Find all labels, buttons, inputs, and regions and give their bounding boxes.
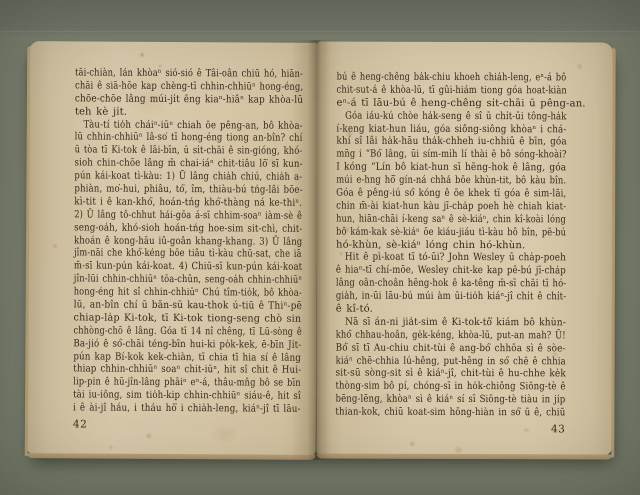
text-line: jîn-lūi chhin-chhiūⁿ tōa-chûn, seng-oa̍h… — [74, 274, 263, 288]
text-line: ê kî-tó. — [336, 304, 566, 318]
page-number-right: 43 — [335, 423, 565, 436]
text-line: lip-pin ê hū-jîn-lâng phāiⁿ eⁿ-á, thâu-m… — [73, 377, 263, 391]
text-line: bēng-lēng, khòaⁿ sì ê kiáⁿ sí sī Siōng-t… — [335, 394, 532, 408]
text-line: kiáⁿ chē-chhia lú-hêng, put-hēng in só͘ … — [336, 355, 532, 369]
text-line: ê hiaⁿ-tī chí-mōe, Wesley chit-ke kap pē… — [336, 265, 533, 279]
left-page: tāi-chiàn, lán khòaⁿ sió-sió ê Tâi-oân c… — [27, 41, 319, 456]
text-line: phiàn, mo͘-hui, phiâu, tó͘, îm, thiàu-bú… — [74, 183, 270, 197]
text-line: chhòng-chō ê lâng. Góa tī 14 nî chêng, t… — [73, 325, 260, 339]
text-line: Ba-jió ê só͘-chāi téng-bīn hui-ki po̍k-k… — [73, 338, 271, 352]
text-line: sioh chin-chōe lâng m̄ chai-iáⁿ chit-tiâ… — [74, 158, 271, 172]
text-line: chiap-la̍p Ki-tok, tī Ki-tok tiong-seng … — [74, 312, 293, 326]
text-line: hong-éng hit sî chhin-chhiūⁿ Chú tîm-tio… — [74, 287, 263, 301]
text-line: jîm-nāi che khó͘-kéng bōe tiâu tì-kàu ch… — [74, 248, 262, 262]
text-line: 2) Ū lâng tô-chhut hái-gōa á-sī chhim-so… — [74, 209, 262, 223]
text-line: tài iu-iông, sim tio̍h-kip chhin-chhiūⁿ … — [73, 390, 269, 404]
text-line: chin m̄-ài kiat-hun kàu jī-cha̍p poeh hè… — [336, 200, 533, 214]
text-line: sit-sū sòng-sit sì ê kiáⁿ-jî, chit-tùi ê… — [336, 368, 542, 382]
open-book: tāi-chiàn, lán khòaⁿ sió-sió ê Tâi-oân c… — [26, 42, 616, 466]
text-line: lâng oân-choân hēng-hok ê ka-têng m̄-sī … — [336, 278, 530, 292]
text-line: gia̍h, in-ūi lāu-bú múi àm ūi-tio̍h kiáⁿ… — [336, 291, 531, 305]
page-number-left: 42 — [73, 418, 301, 431]
text-line: tāi-chiàn, lán khòaⁿ sió-sió ê Tâi-oân c… — [75, 67, 265, 81]
text-line: seng-oa̍h, khó-sioh hoán-tńg hoe-sim sit… — [74, 222, 272, 236]
text-line: i ê ài-jî háu, i tháu hō͘ i chia̍h-leng,… — [73, 403, 273, 417]
text-line: mn̄g i “Bó͘ lâng, ūi sím-mi̍h lí thài ē … — [336, 149, 528, 163]
text-line: Góa iáu-kú chòe ha̍k-seng ê sî ū chi̍t-ū… — [336, 110, 531, 124]
text-line: eⁿ-á tī lāu-bú ê heng-chêng si̍t-chāi ū … — [336, 97, 566, 111]
text-line: Góa ê pêng-iú só͘ kóng ê ōe khek tī góa … — [336, 188, 535, 202]
text-line: Nā sī án-ni jia̍t-sim ê Ki-tok-tô͘ kiám … — [336, 316, 545, 330]
text-line: ū tòa tī Ki-tok ê lāi-bīn, ū si̍t-chāi ê… — [75, 145, 265, 159]
text-line: chit-sut-á ê khòa-lū, tī gûi-hiám tiong … — [337, 84, 529, 98]
text-line: pún kái-koat tì-kàu: 1) Ū lâng chia̍h ch… — [74, 171, 267, 185]
text-line: kì-tit i ê kan-khó͘, hoán-tńg khó͘-thàng… — [74, 196, 274, 210]
text-line: khoán ê kong-hāu iû-goân khang-khang. 3)… — [74, 235, 267, 249]
text-line: khí sî lâi ha̍k-hāu tha̍k-chheh iu-chhiû… — [336, 136, 540, 150]
text-line: Hit ê pì-koat tī tó-ūi? John Wesley ū ch… — [336, 252, 538, 266]
text-line: khó͘ chhau-hoân, ge̍k-kéng, khòa-lū, put… — [336, 329, 527, 343]
text-line: pún kap Bí-kok kek-chiàn, tī chia tī hia… — [73, 351, 272, 365]
text-line: m̄-sī kun-pún kái-koat. 4) Chiū-sī kun-p… — [74, 261, 268, 275]
right-page-text: bú ê heng-chêng ba̍k-chiu khoeh chia̍h-l… — [335, 72, 566, 421]
text-line: múi e-hng hō͘ gín-ná chhá bōe khùn-tit, … — [336, 175, 528, 189]
text-line: chāi ê siā-hōe kap chèng-tī chhin-chhiūⁿ… — [75, 80, 267, 94]
text-line: thian-kok, chiū koat-sim hōng-hiàn in só… — [335, 407, 533, 421]
text-line: hó-khùn, sè-kiáⁿ lóng chin hó-khùn. — [336, 239, 566, 253]
text-line: í-keng kiat-hun liáu, góa siông-siông kh… — [336, 123, 537, 137]
text-line: Bó͘ sī tī Au-chiu chit-tùi ê ang-bó͘ chh… — [336, 342, 539, 356]
text-line: lū chhin-chhiūⁿ lâ-so͘ tī hong-éng tiong… — [75, 132, 268, 146]
text-line: thòng-sim bô pí, chóng-sī in ho̍k-chiông… — [335, 381, 531, 395]
text-line: bú ê heng-chêng ba̍k-chiu khoeh chia̍h-l… — [337, 72, 527, 86]
text-line: Tàu-tí tio̍h cháiⁿ-iūⁿ chiah ōe pêng-an,… — [75, 119, 272, 133]
right-page: bú ê heng-chêng ba̍k-chiu khoeh chia̍h-l… — [316, 41, 613, 455]
text-line: bô kám-kak sè-kiáⁿ ōe kiáu-jiáu tì-kàu b… — [336, 226, 527, 240]
text-line: thiap chhin-chhiūⁿ soaⁿ chit-iūⁿ, hit sî… — [73, 364, 271, 378]
text-line: chōe-chōe lâng múi-ji̍t ēng kiaⁿ-hiâⁿ ka… — [75, 93, 277, 107]
text-line: I kóng “Lín bô kiat-hun sī hēng-hok ê lâ… — [336, 162, 543, 176]
text-line: lū, an-bîn chí ū bān-sū kau-thok ú-tiū ê… — [74, 299, 280, 313]
photo-background: tāi-chiàn, lán khòaⁿ sió-sió ê Tâi-oân c… — [0, 0, 640, 495]
left-page-text: tāi-chiàn, lán khòaⁿ sió-sió ê Tâi-oân c… — [73, 67, 303, 416]
text-line: hun, hiān-chāi í-keng saⁿ ê sè-kiáⁿ, chi… — [336, 213, 525, 227]
